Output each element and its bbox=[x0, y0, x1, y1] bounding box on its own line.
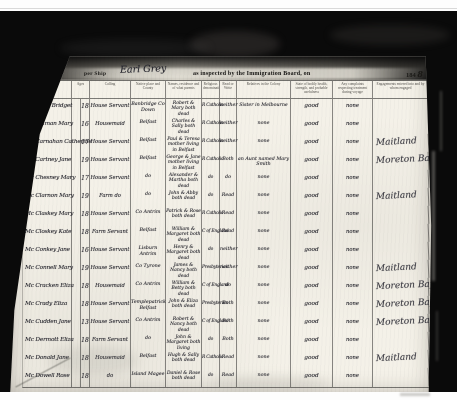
entry-health: good bbox=[291, 297, 333, 315]
entry-complaints: none bbox=[333, 135, 373, 153]
entry-calling: Housemaid bbox=[90, 279, 131, 297]
entry-age: 16 bbox=[81, 117, 90, 135]
entry-calling: House Servant bbox=[90, 171, 131, 189]
entry-parents: Alexander & Martha both dead bbox=[166, 171, 202, 189]
age-male-cell bbox=[72, 243, 81, 261]
scan-bottom-mark bbox=[400, 393, 430, 396]
entry-health: good bbox=[291, 351, 333, 369]
per-ship-label: per Ship bbox=[84, 71, 106, 77]
entry-age: 18 bbox=[81, 207, 90, 225]
entry-name: Mc Conkey Jane bbox=[23, 243, 72, 261]
entry-read-write: Read bbox=[220, 189, 237, 207]
entry-native-place: Co Antrim bbox=[131, 315, 166, 333]
entry-complaints: none bbox=[333, 225, 373, 243]
col-header-engagement: Engagements entered into and by whom eng… bbox=[373, 80, 429, 99]
entry-native-place: do bbox=[131, 333, 166, 351]
scan-edge-streak bbox=[440, 91, 442, 151]
entry-parents: Hugh & Sally both dead bbox=[166, 351, 202, 369]
entry-parents: John & Margaret both living bbox=[166, 333, 202, 351]
entry-religion: do bbox=[202, 189, 220, 207]
entry-relatives: none bbox=[237, 189, 291, 207]
entry-name: Mc Chesney Mary bbox=[23, 171, 72, 189]
entry-relatives: none bbox=[237, 333, 291, 351]
entry-health: good bbox=[291, 243, 333, 261]
entry-health: good bbox=[291, 135, 333, 153]
entry-native-place: Lisburn Antrim bbox=[131, 243, 166, 261]
entry-relatives: none bbox=[237, 117, 291, 135]
entry-parents: Paul & Teresa mother living in Belfast bbox=[166, 135, 202, 153]
entry-name: Mc Claskey Mary bbox=[23, 207, 72, 225]
entry-complaints: none bbox=[333, 99, 373, 117]
entry-read-write: neither bbox=[220, 117, 237, 135]
col-header-relatives: Relatives in the Colony bbox=[237, 80, 291, 99]
entry-complaints: none bbox=[333, 153, 373, 171]
age-male-cell bbox=[72, 261, 81, 279]
entry-calling: House Servant bbox=[90, 153, 131, 171]
entry-complaints: none bbox=[333, 243, 373, 261]
entry-read-write: do bbox=[220, 279, 237, 297]
entry-name: Mc Cudden Jane bbox=[23, 315, 72, 333]
entry-destination bbox=[373, 368, 430, 388]
entry-read-write: Both bbox=[220, 297, 237, 315]
entry-complaints: none bbox=[333, 207, 373, 225]
entry-parents: John & Eliza both dead bbox=[166, 297, 202, 315]
entry-name: Mc Cracken Eliza bbox=[23, 279, 72, 297]
entry-relatives: none bbox=[237, 315, 291, 333]
paper-smudge bbox=[48, 346, 138, 376]
entry-calling: Farm do bbox=[90, 189, 131, 207]
entry-religion: C of England bbox=[202, 279, 220, 297]
col-header-parents: Names, residence and of what parents bbox=[166, 80, 202, 99]
age-male-cell bbox=[72, 99, 81, 117]
col-header-health: State of bodily health, strength, and pr… bbox=[291, 80, 333, 99]
age-male-cell bbox=[72, 225, 81, 243]
entry-read-write: neither bbox=[220, 243, 237, 261]
entry-calling: House Servant bbox=[90, 135, 131, 153]
age-male-cell bbox=[72, 153, 81, 171]
entry-religion: do bbox=[202, 243, 220, 261]
entry-age: 17 bbox=[81, 171, 90, 189]
register-table: Names Ages Calling Native place and Coun… bbox=[22, 80, 429, 388]
entry-complaints: none bbox=[333, 369, 373, 387]
col-header-complaints: Any complaints respecting treatment duri… bbox=[333, 80, 373, 99]
entry-health: good bbox=[291, 117, 333, 135]
entry-religion: R Catholic bbox=[202, 99, 220, 117]
entry-native-place: Banbridge Co Down bbox=[131, 99, 166, 117]
page-title: per Ship Earl Grey as inspected by the I… bbox=[8, 68, 432, 80]
entry-age: 13 bbox=[81, 315, 90, 333]
entry-relatives: none bbox=[237, 261, 291, 279]
entry-parents: Robert & Mary both dead bbox=[166, 99, 202, 117]
scan-edge-streak bbox=[436, 311, 438, 361]
entry-complaints: none bbox=[333, 261, 373, 279]
entry-relatives: none bbox=[237, 207, 291, 225]
entry-relatives: none bbox=[237, 135, 291, 153]
entry-age: 18 bbox=[81, 99, 90, 117]
entry-health: good bbox=[291, 261, 333, 279]
entry-read-write: Both bbox=[220, 315, 237, 333]
entry-read-write: Both bbox=[220, 333, 237, 351]
entry-relatives: none bbox=[237, 225, 291, 243]
entry-health: good bbox=[291, 189, 333, 207]
entry-health: good bbox=[291, 171, 333, 189]
age-male-cell bbox=[72, 297, 81, 315]
entry-name: Mc Cann Bridget bbox=[23, 99, 72, 117]
entry-native-place: Belfast bbox=[131, 153, 166, 171]
col-header-ages: Ages bbox=[72, 80, 90, 99]
entry-complaints: none bbox=[333, 297, 373, 315]
entry-parents: William & Betty both dead bbox=[166, 279, 202, 297]
entry-read-write: neither bbox=[220, 99, 237, 117]
entry-read-write: Read bbox=[220, 351, 237, 369]
entry-relatives: none bbox=[237, 243, 291, 261]
entry-parents: Charles & Sally both dead bbox=[166, 117, 202, 135]
entry-religion: C of England bbox=[202, 225, 220, 243]
age-male-cell bbox=[72, 207, 81, 225]
entry-relatives: an Aunt named Mary Smith bbox=[237, 153, 291, 171]
entry-relatives: none bbox=[237, 279, 291, 297]
entry-age: 19 bbox=[81, 189, 90, 207]
entry-age: 16 bbox=[81, 243, 90, 261]
entry-religion: R Catholic bbox=[202, 153, 220, 171]
col-header-read-write: Read or Write bbox=[220, 80, 237, 99]
entry-native-place: Co Antrim bbox=[131, 279, 166, 297]
ship-name-handwritten: Earl Grey bbox=[120, 63, 167, 76]
entry-calling: House Servant bbox=[90, 207, 131, 225]
entry-religion: R Catholic bbox=[202, 351, 220, 369]
scan-stage: per Ship Earl Grey as inspected by the I… bbox=[0, 0, 457, 400]
scan-smudge bbox=[60, 39, 210, 57]
entry-parents: Patrick & Rose both dead bbox=[166, 207, 202, 225]
entry-native-place: do bbox=[131, 171, 166, 189]
entry-read-write: do bbox=[220, 171, 237, 189]
col-header-calling: Calling bbox=[90, 80, 131, 99]
entry-calling: House Servant bbox=[90, 297, 131, 315]
entry-read-write: Read bbox=[220, 225, 237, 243]
col-header-native: Native place and County bbox=[131, 80, 166, 99]
scan-black-background: per Ship Earl Grey as inspected by the I… bbox=[0, 11, 457, 392]
entry-read-write: Both bbox=[220, 153, 237, 171]
col-header-religion: Religious denomination bbox=[202, 80, 220, 99]
entry-name: Mc Connell Mary bbox=[23, 261, 72, 279]
entry-native-place: Belfast bbox=[131, 117, 166, 135]
entry-relatives: none bbox=[237, 171, 291, 189]
entry-name: Mc Cartney Jane bbox=[23, 153, 72, 171]
entry-complaints: none bbox=[333, 189, 373, 207]
entry-calling: House Servant bbox=[90, 243, 131, 261]
entry-religion: R Catholic bbox=[202, 117, 220, 135]
entry-name: Mc Closkey Kate bbox=[23, 225, 72, 243]
entry-calling: House Servant bbox=[90, 99, 131, 117]
entry-read-write: Read bbox=[220, 207, 237, 225]
entry-parents: John & Abby both dead bbox=[166, 189, 202, 207]
entry-relatives: none bbox=[237, 297, 291, 315]
entry-complaints: none bbox=[333, 333, 373, 351]
col-header-names: Names bbox=[23, 80, 72, 99]
entry-health: good bbox=[291, 207, 333, 225]
entry-health: good bbox=[291, 333, 333, 351]
entry-religion: do bbox=[202, 171, 220, 189]
entry-parents: Daniel & Rose both dead bbox=[166, 369, 202, 387]
entry-native-place: Belfast bbox=[131, 135, 166, 153]
entry-complaints: none bbox=[333, 117, 373, 135]
entry-name: Mc Calman Mary bbox=[23, 117, 72, 135]
entry-health: good bbox=[291, 279, 333, 297]
entry-parents: Robert & Nancy both dead bbox=[166, 315, 202, 333]
entry-native-place: Templepatrick Belfast bbox=[131, 297, 166, 315]
entry-name: Mc Crady Eliza bbox=[23, 297, 72, 315]
entry-name: Mc Carnahan Catherine bbox=[23, 135, 72, 153]
entry-religion: do bbox=[202, 333, 220, 351]
entry-age: 18 bbox=[81, 297, 90, 315]
entry-age: 18 bbox=[81, 279, 90, 297]
entry-calling: House Servant bbox=[90, 261, 131, 279]
entry-age: 19 bbox=[81, 261, 90, 279]
entry-native-place: Co Antrim bbox=[131, 207, 166, 225]
age-male-cell bbox=[72, 279, 81, 297]
year-handwritten: 8 bbox=[417, 69, 423, 79]
entry-religion: Presbyterian bbox=[202, 297, 220, 315]
entry-religion: Presbyterian bbox=[202, 261, 220, 279]
entry-health: good bbox=[291, 315, 333, 333]
entry-complaints: none bbox=[333, 279, 373, 297]
entry-religion: R Catholic bbox=[202, 207, 220, 225]
entry-native-place: Island Magee bbox=[131, 369, 166, 387]
entry-parents: William & Margaret both dead bbox=[166, 225, 202, 243]
entry-religion: C of England bbox=[202, 315, 220, 333]
entry-complaints: none bbox=[333, 351, 373, 369]
register-paper: per Ship Earl Grey as inspected by the I… bbox=[8, 56, 432, 392]
entry-age: 18 bbox=[81, 225, 90, 243]
inspected-by-text: as inspected by the Immigration Board, o… bbox=[193, 71, 310, 77]
entry-relatives: Sister in Melbourne bbox=[237, 99, 291, 117]
entry-native-place: Belfast bbox=[131, 225, 166, 243]
entry-read-write: neither bbox=[220, 135, 237, 153]
scan-top-rule bbox=[0, 8, 457, 9]
entry-parents: James & Nancy both dead bbox=[166, 261, 202, 279]
entry-age: 19 bbox=[81, 153, 90, 171]
entry-parents: Henry & Margaret both dead bbox=[166, 243, 202, 261]
entry-name: Mc Clarnon Mary bbox=[23, 189, 72, 207]
age-male-cell bbox=[72, 315, 81, 333]
entry-health: good bbox=[291, 99, 333, 117]
entry-relatives: none bbox=[237, 351, 291, 369]
entry-complaints: none bbox=[333, 315, 373, 333]
entry-age: 17 bbox=[81, 135, 90, 153]
scan-edge-streak bbox=[432, 151, 435, 281]
age-male-cell bbox=[72, 189, 81, 207]
age-male-cell bbox=[72, 135, 81, 153]
entry-native-place: Co Tyrone bbox=[131, 261, 166, 279]
entry-health: good bbox=[291, 153, 333, 171]
entry-parents: George & Jane mother living in Belfast bbox=[166, 153, 202, 171]
entry-read-write: neither bbox=[220, 261, 237, 279]
entry-native-place: do bbox=[131, 189, 166, 207]
scan-smudge bbox=[330, 25, 450, 45]
year-text: 184 8 bbox=[406, 69, 423, 79]
entry-calling: Housemaid bbox=[90, 117, 131, 135]
entry-complaints: none bbox=[333, 171, 373, 189]
paper-smudge bbox=[208, 376, 328, 392]
age-male-cell bbox=[72, 117, 81, 135]
age-male-cell bbox=[72, 171, 81, 189]
entry-calling: House Servant bbox=[90, 315, 131, 333]
year-printed: 184 bbox=[406, 72, 416, 79]
scanned-document-page: { "colors":{"paper":"#f4f1e8","ink":"#26… bbox=[0, 0, 457, 400]
entry-calling: Farm Servant bbox=[90, 225, 131, 243]
entry-religion: R Catholic bbox=[202, 135, 220, 153]
entry-health: good bbox=[291, 225, 333, 243]
